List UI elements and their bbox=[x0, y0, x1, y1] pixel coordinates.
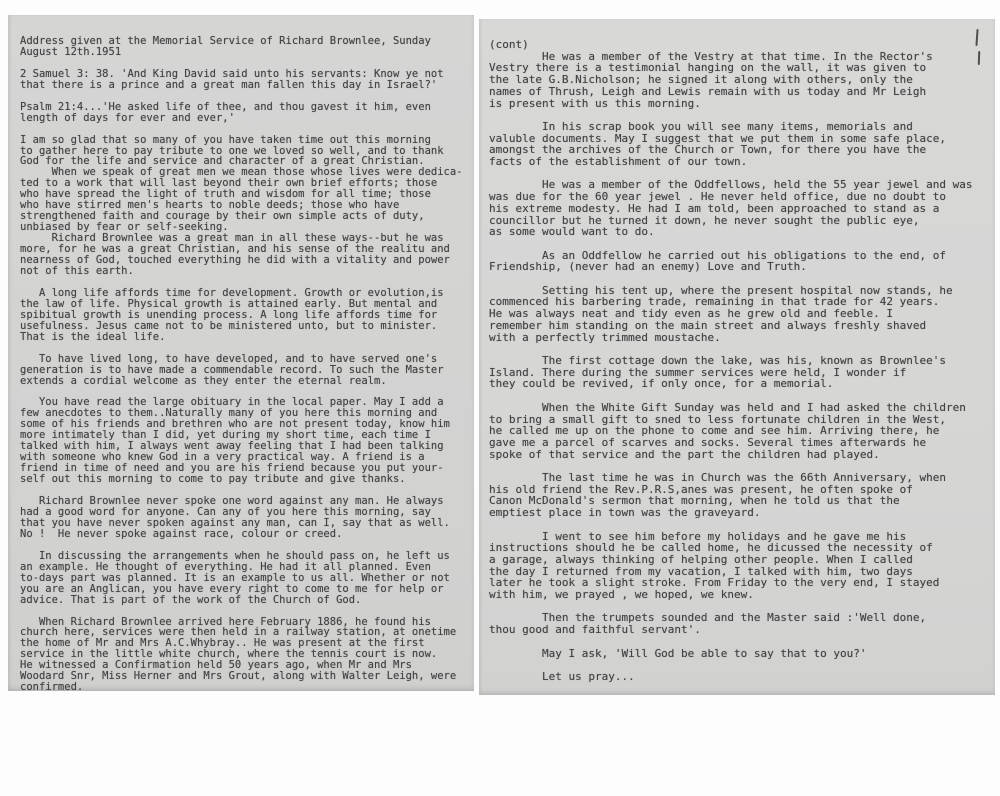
right-page-text: (cont) He was a member of the Vestry at … bbox=[479, 19, 995, 683]
left-page: Address given at the Memorial Service of… bbox=[8, 15, 474, 691]
left-page-text: Address given at the Memorial Service of… bbox=[8, 15, 474, 693]
scanned-document: Address given at the Memorial Service of… bbox=[0, 0, 1000, 796]
right-page: (cont) He was a member of the Vestry at … bbox=[479, 19, 995, 695]
